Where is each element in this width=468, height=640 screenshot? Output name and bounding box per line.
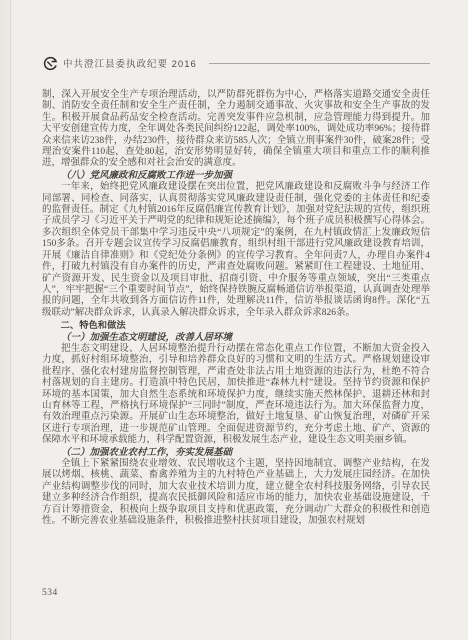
page-number: 534 bbox=[42, 588, 58, 598]
scan-edge-line bbox=[10, 0, 11, 640]
header-divider bbox=[209, 63, 430, 64]
section-heading-two: 二、特色和做法 bbox=[42, 320, 430, 331]
page-body: 制，深入开展安全生产专项治理活动，以严防群死群伤为中心，严格落实道路交通安全责任… bbox=[42, 90, 430, 527]
subheading-two: （二）加强农业农村工作，夯实发展基础 bbox=[42, 448, 430, 459]
subheading-eight: （八）党风廉政和反腐败工作进一步加强 bbox=[42, 171, 430, 182]
paragraph-continuation: 制，深入开展安全生产专项治理活动，以严防群死群伤为中心，严格落实道路交通安全责任… bbox=[42, 90, 430, 170]
header-title: 中共澄江县委执政纪要 2016 bbox=[63, 56, 197, 70]
subheading-one: （一）加强生态文明建设，改善人居环境 bbox=[42, 333, 430, 344]
paragraph-ecology: 把生态文明建设、人居环境整治提升行动摆在常态化重点工作位置，不断加大资金投入力度… bbox=[42, 344, 430, 447]
party-emblem-icon bbox=[42, 55, 59, 72]
running-header: 中共澄江县委执政纪要 2016 bbox=[42, 52, 430, 74]
paragraph-agriculture: 全镇上下紧紧围绕农业增效、农民增收这个主题，坚持因地制宜、调整产业结构，在发展以… bbox=[42, 459, 430, 527]
scanned-page: 中共澄江县委执政纪要 2016 制，深入开展安全生产专项治理活动，以严防群死群伤… bbox=[0, 0, 468, 640]
paragraph-discipline: 一年来，始终把党风廉政建设摆在突出位置，把党风廉政建设和反腐败斗争与经济工作同部… bbox=[42, 182, 430, 319]
